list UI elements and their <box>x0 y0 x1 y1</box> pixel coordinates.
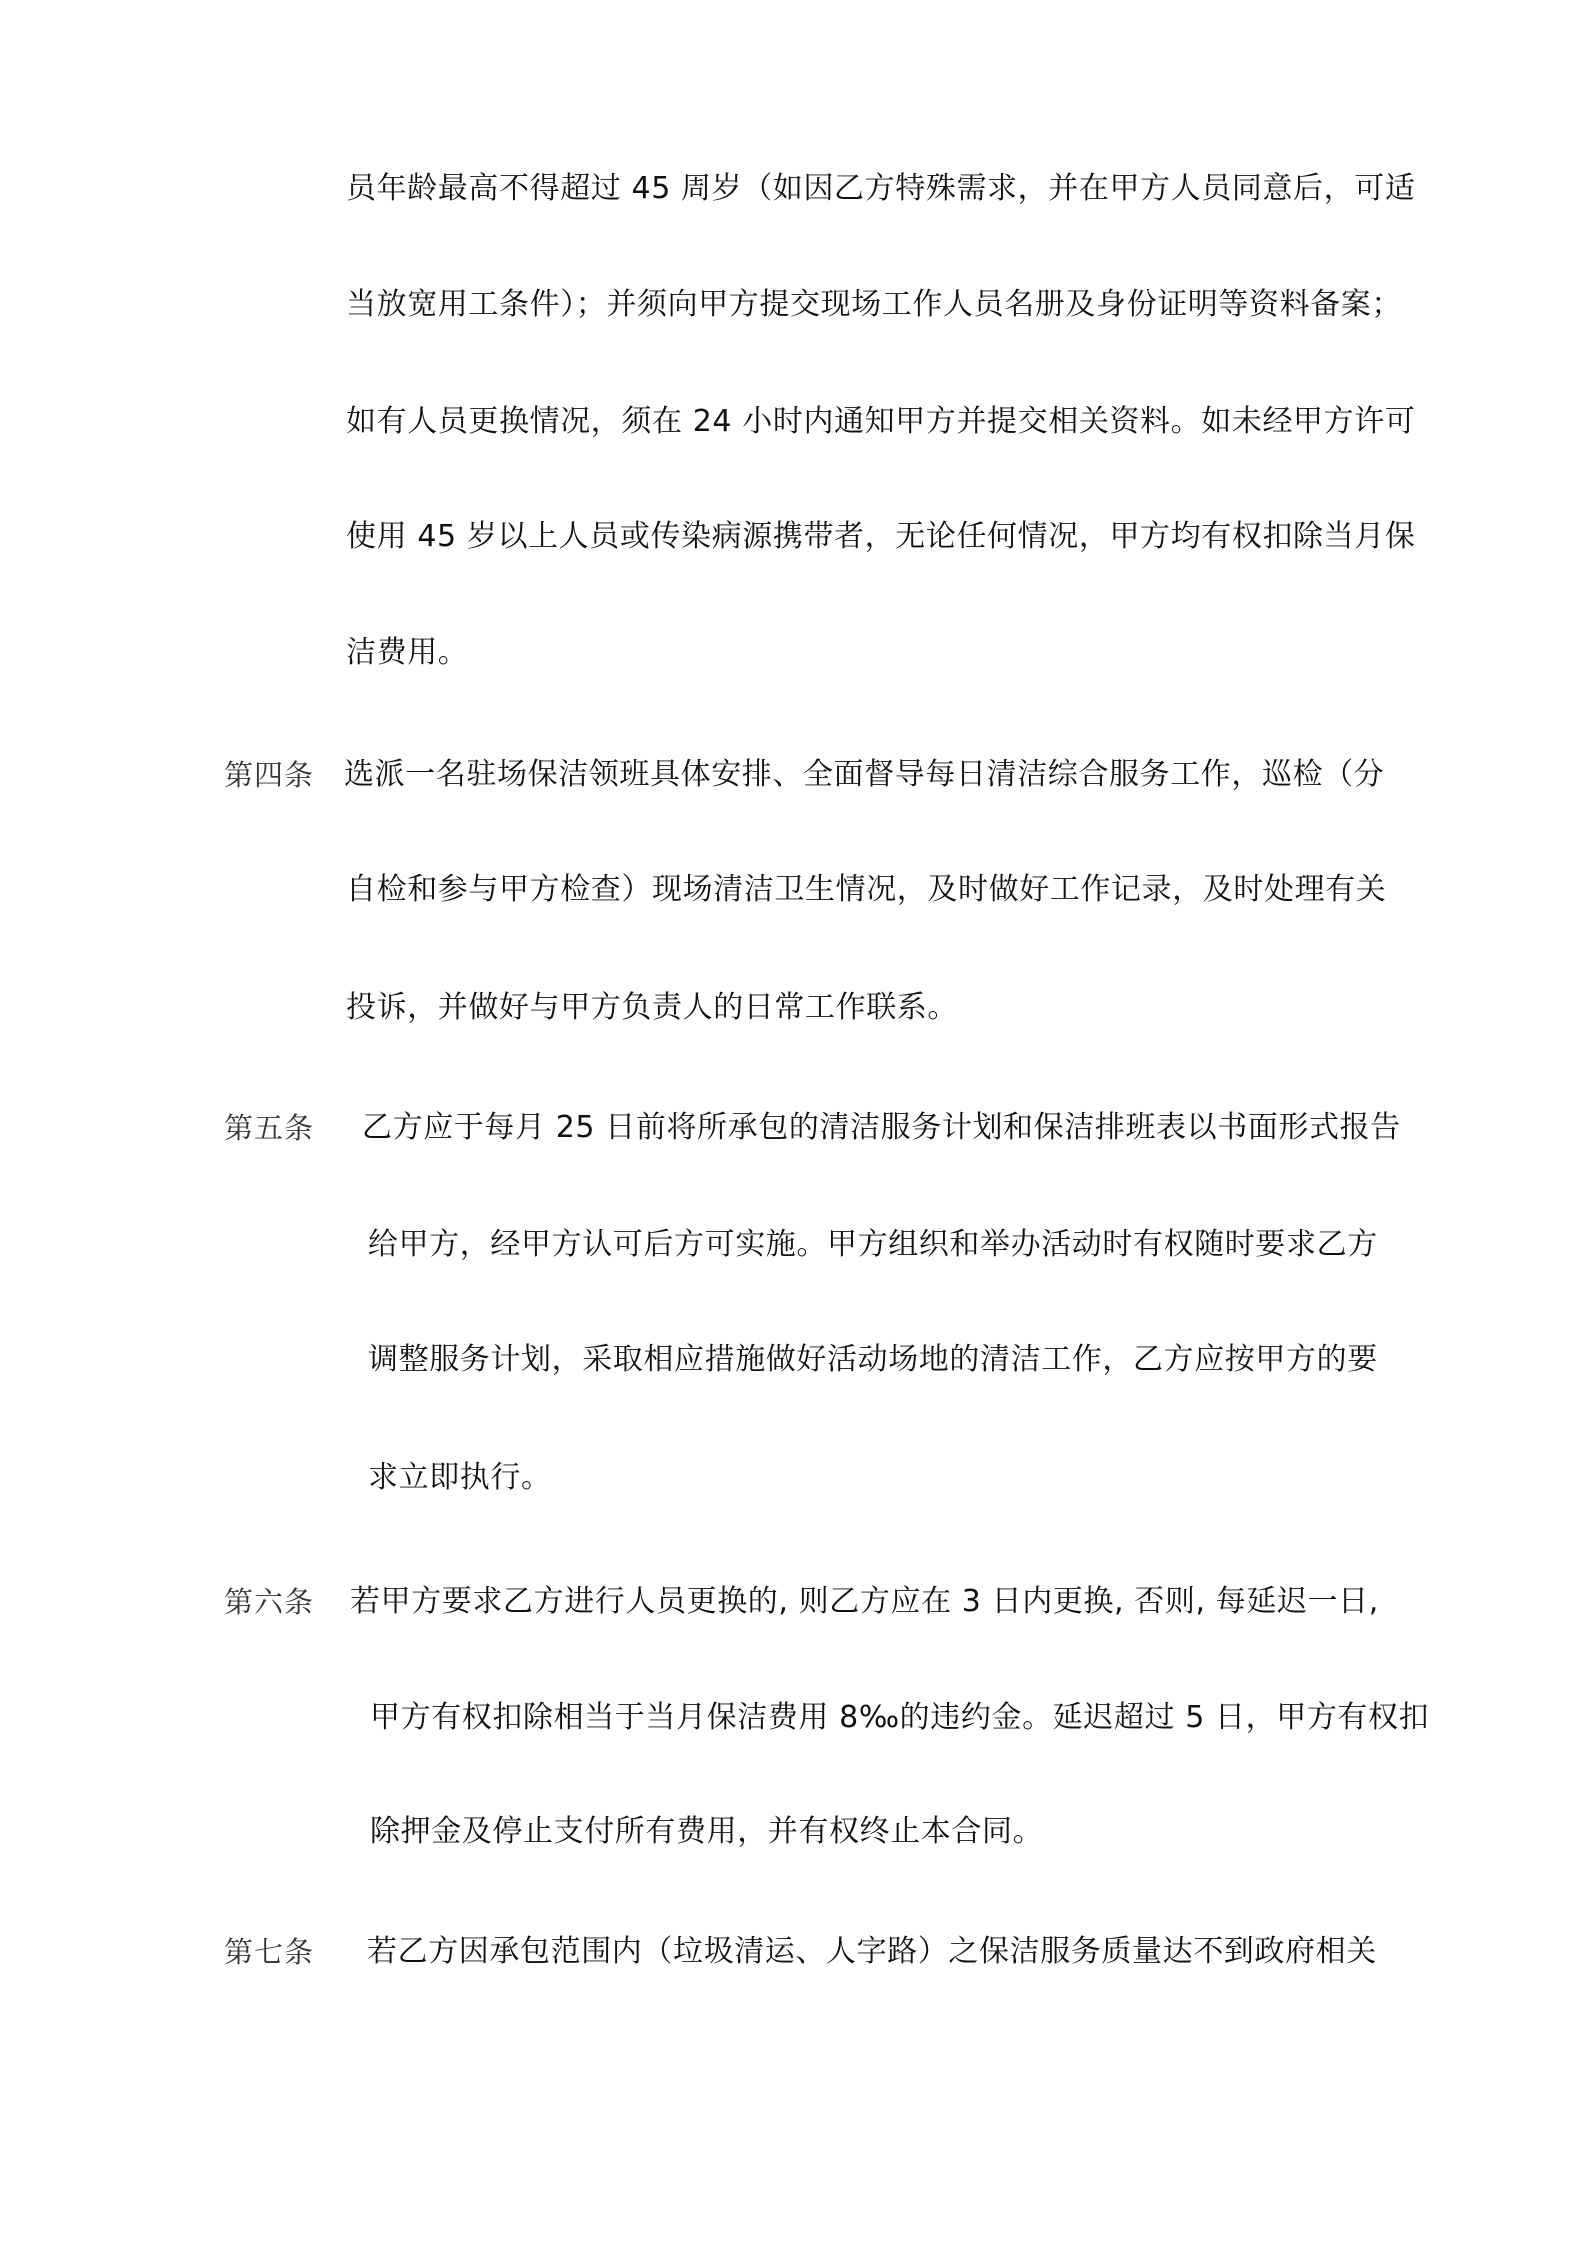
paragraph-line: 当放宽用工条件）；并须向甲方提交现场工作人员名册及身份证明等资料备案； <box>346 285 1402 325</box>
article-4-line: 自检和参与甲方检查）现场清洁卫生情况，及时做好工作记录，及时处理有关 <box>346 870 1386 910</box>
paragraph-line: 使用 45 岁以上人员或传染病源携带者，无论任何情况，甲方均有权扣除当月保 <box>346 517 1415 557</box>
article-5-line: 给甲方，经甲方认可后方可实施。甲方组织和举办活动时有权随时要求乙方 <box>368 1225 1378 1265</box>
article-7-label: 第七条 <box>224 1932 314 1972</box>
paragraph-line: 如有人员更换情况，须在 24 小时内通知甲方并提交相关资料。如未经甲方许可 <box>346 402 1415 442</box>
article-4-line: 投诉，并做好与甲方负责人的日常工作联系。 <box>346 988 958 1028</box>
article-6-label: 第六条 <box>224 1582 314 1622</box>
article-5-line: 乙方应于每月 25 日前将所承包的清洁服务计划和保洁排班表以书面形式报告 <box>362 1108 1401 1148</box>
article-5-line: 求立即执行。 <box>368 1458 552 1498</box>
paragraph-line: 洁费用。 <box>346 633 468 673</box>
article-4-line: 选派一名驻场保洁领班具体安排、全面督导每日清洁综合服务工作，巡检（分 <box>344 755 1384 795</box>
article-5-line: 调整服务计划，采取相应措施做好活动场地的清洁工作，乙方应按甲方的要 <box>368 1340 1378 1380</box>
paragraph-line: 员年龄最高不得超过 45 周岁（如因乙方特殊需求，并在甲方人员同意后，可适 <box>346 169 1415 209</box>
document-page: 员年龄最高不得超过 45 周岁（如因乙方特殊需求，并在甲方人员同意后，可适 当放… <box>0 0 1586 2244</box>
article-7-line: 若乙方因承包范围内（垃圾清运、人字路）之保洁服务质量达不到政府相关 <box>367 1932 1377 1972</box>
article-5-label: 第五条 <box>224 1108 314 1148</box>
article-6-line: 除押金及停止支付所有费用，并有权终止本合同。 <box>370 1812 1043 1852</box>
article-6-line: 甲方有权扣除相当于当月保洁费用 8‰的违约金。延迟超过 5 日，甲方有权扣 <box>370 1698 1429 1738</box>
article-6-line: 若甲方要求乙方进行人员更换的, 则乙方应在 3 日内更换, 否则, 每延迟一日, <box>350 1582 1379 1622</box>
article-4-label: 第四条 <box>224 755 314 795</box>
